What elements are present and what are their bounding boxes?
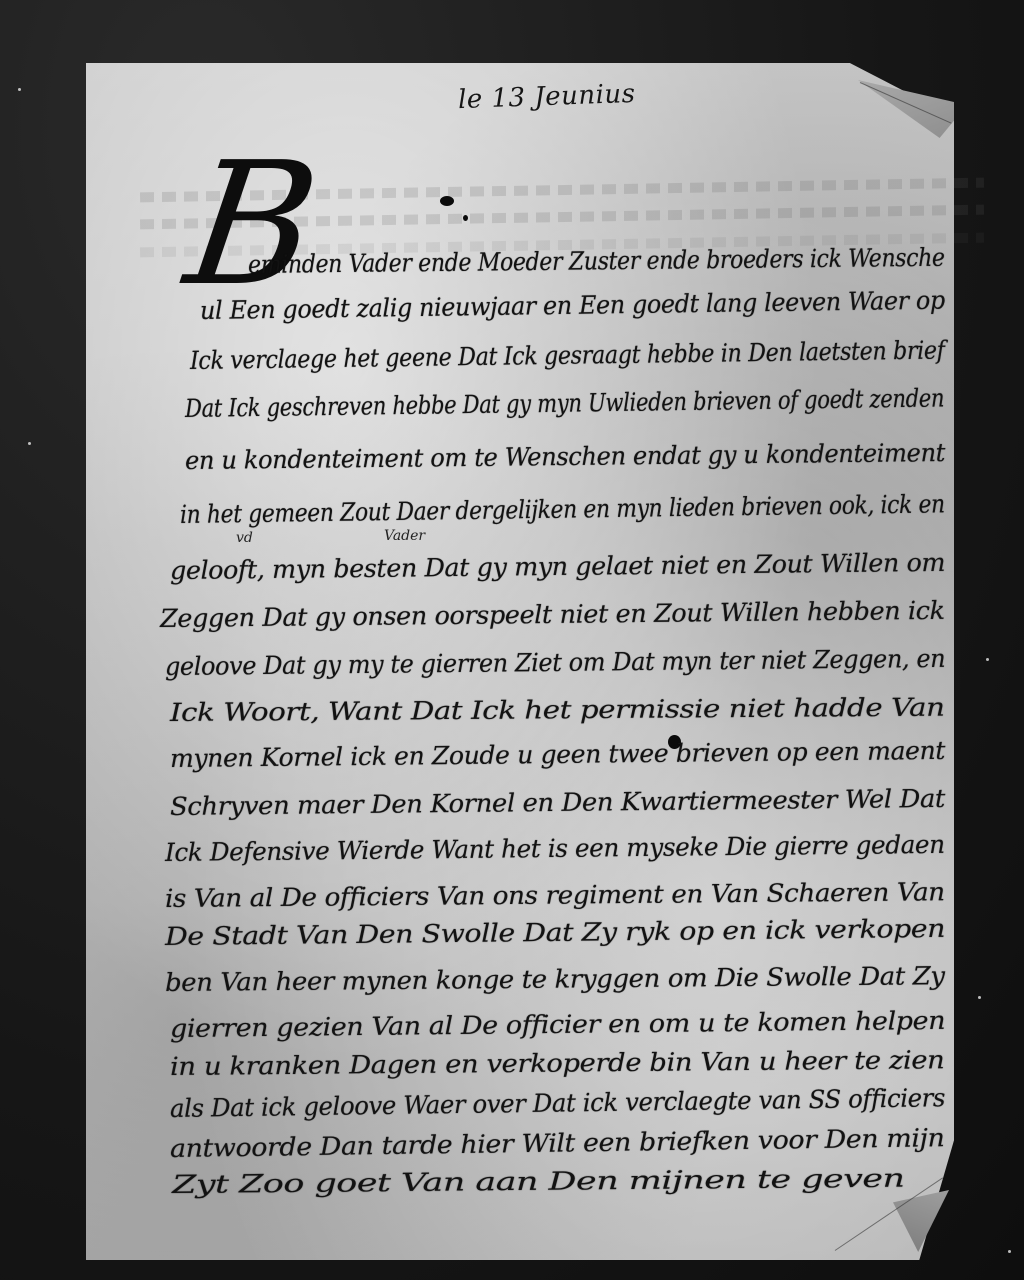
letter-line-3: Ick verclaege het geene Dat Ick gesraagt…: [190, 335, 945, 375]
letter-line-1: eminden Vader ende Moeder Zuster ende br…: [248, 243, 945, 279]
letter-line-8: Zeggen Dat gy onsen oorspeelt niet en Zo…: [160, 596, 945, 633]
letter-line-13: Ick Defensive Wierde Want het is een mys…: [165, 830, 945, 867]
letter-line-5: en u kondenteiment om te Wenschen endat …: [185, 438, 945, 475]
interlinear-annotation: vd: [236, 530, 253, 546]
letter-line-6: in het gemeen Zout Daer dergelijken en m…: [180, 489, 945, 529]
letter-line-12: Schryven maer Den Kornel en Den Kwartier…: [170, 784, 945, 821]
letter-line-16: ben Van heer mynen konge te kryggen om D…: [165, 961, 945, 997]
letter-line-10: Ick Woort, Want Dat Ick het permissie ni…: [170, 693, 945, 727]
letter-line-7: gelooft, myn besten Dat gy myn gelaet ni…: [170, 548, 945, 585]
letter-line-4: Dat Ick geschreven hebbe Dat gy myn Uwli…: [185, 383, 945, 423]
letter-line-15: De Stadt Van Den Swolle Dat Zy ryk op en…: [165, 914, 945, 951]
letter-line-19: als Dat ick geloove Waer over Dat ick ve…: [170, 1083, 945, 1123]
letter-line-21: Zyt Zoo goet Van aan Den mijnen te geven: [172, 1164, 905, 1199]
letter-line-9: geloove Dat gy my te gierren Ziet om Dat…: [165, 644, 946, 681]
letter-line-18: in u kranken Dagen en verkoperde bin Van…: [170, 1045, 945, 1081]
interlinear-annotation: Vader: [384, 528, 425, 544]
letter-body: eminden Vader ende Moeder Zuster ende br…: [0, 0, 1024, 1280]
letter-line-14: is Van al De officiers Van ons regiment …: [165, 877, 945, 913]
letter-line-11: mynen Kornel ick en Zoude u geen twee br…: [170, 736, 945, 773]
letter-line-2: ul Een goedt zalig nieuwjaar en Een goed…: [200, 286, 945, 325]
letter-line-17: gierren gezien Van al De officier en om …: [170, 1006, 945, 1043]
letter-line-20: antwoorde Dan tarde hier Wilt een briefk…: [170, 1123, 945, 1163]
